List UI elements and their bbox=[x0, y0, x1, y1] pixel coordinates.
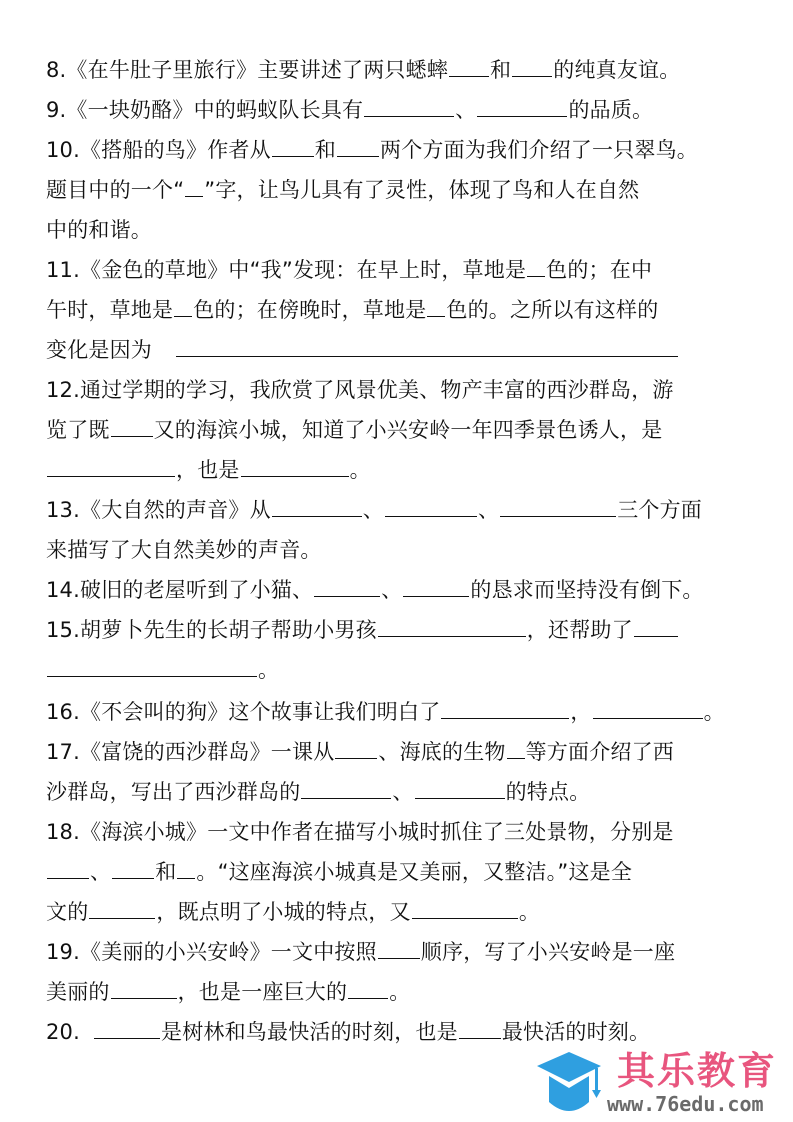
text: 和 bbox=[490, 58, 511, 82]
answer-blank[interactable] bbox=[378, 938, 420, 959]
text: 13.《大自然的声音》从 bbox=[46, 498, 271, 522]
text: 和 bbox=[315, 138, 336, 162]
text: 文的 bbox=[46, 900, 88, 924]
text: 的恳求而坚持没有倒下。 bbox=[470, 578, 703, 602]
text: 20. bbox=[46, 1020, 80, 1044]
logo-name: 其乐教育 bbox=[617, 1040, 777, 1095]
question-17-line-2: 沙群岛，写出了西沙群岛的、的特点。 bbox=[46, 778, 590, 806]
answer-blank[interactable] bbox=[512, 56, 552, 77]
answer-blank[interactable] bbox=[301, 778, 391, 799]
text: 和 bbox=[155, 860, 176, 884]
answer-blank[interactable] bbox=[477, 96, 567, 117]
question-10-line-2: 题目中的一个“”字，让鸟儿具有了灵性，体现了鸟和人在自然 bbox=[46, 176, 639, 204]
text: 、 bbox=[90, 860, 111, 884]
text: 中的和谐。 bbox=[46, 218, 152, 242]
text: 、 bbox=[381, 578, 402, 602]
question-8: 8.《在牛肚子里旅行》主要讲述了两只蟋蟀和的纯真友谊。 bbox=[46, 56, 680, 84]
text: 11.《金色的草地》中“我”发现：在早上时，草地是 bbox=[46, 258, 526, 282]
text: 、 bbox=[363, 498, 384, 522]
text: 15.胡萝卜先生的长胡子帮助小男孩 bbox=[46, 618, 377, 642]
question-19: 19.《美丽的小兴安岭》一文中按照顺序，写了小兴安岭是一座 bbox=[46, 938, 675, 966]
text: 。“这座海滨小城真是又美丽，又整洁。”这是全 bbox=[196, 860, 632, 884]
answer-blank[interactable] bbox=[412, 898, 518, 919]
answer-blank[interactable] bbox=[177, 858, 195, 879]
question-16: 16.《不会叫的狗》这个故事让我们明白了，。 bbox=[46, 698, 725, 726]
question-9: 9.《一块奶酪》中的蚂蚁队长具有、的品质。 bbox=[46, 96, 653, 124]
question-17: 17.《富饶的西沙群岛》一课从、海底的生物等方面介绍了西 bbox=[46, 738, 674, 766]
text: 19.《美丽的小兴安岭》一文中按照 bbox=[46, 940, 377, 964]
answer-blank[interactable] bbox=[185, 176, 203, 197]
watermark-logo: 其乐教育 www.76edu.com bbox=[535, 1040, 785, 1120]
text: 午时，草地是 bbox=[46, 298, 173, 322]
answer-blank[interactable] bbox=[427, 296, 445, 317]
question-14: 14.破旧的老屋听到了小猫、、的恳求而坚持没有倒下。 bbox=[46, 576, 704, 604]
text: 两个方面为我们介绍了一只翠鸟。 bbox=[380, 138, 698, 162]
question-10-line-3: 中的和谐。 bbox=[46, 216, 152, 244]
text: 顺序，写了小兴安岭是一座 bbox=[421, 940, 675, 964]
text: 的特点。 bbox=[506, 780, 591, 804]
answer-blank[interactable] bbox=[459, 1018, 501, 1039]
text: 18.《海滨小城》一文中作者在描写小城时抓住了三处景物，分别是 bbox=[46, 820, 674, 844]
answer-blank[interactable] bbox=[500, 496, 616, 517]
answer-blank[interactable] bbox=[385, 496, 477, 517]
text: 沙群岛，写出了西沙群岛的 bbox=[46, 780, 300, 804]
answer-blank[interactable] bbox=[47, 656, 257, 677]
answer-blank[interactable] bbox=[337, 136, 379, 157]
graduation-cap-icon bbox=[535, 1044, 615, 1116]
question-13-line-2: 来描写了大自然美妙的声音。 bbox=[46, 536, 322, 564]
question-18-line-2: 、和。“这座海滨小城真是又美丽，又整洁。”这是全 bbox=[46, 858, 632, 886]
text: 等方面介绍了西 bbox=[526, 740, 674, 764]
answer-blank[interactable] bbox=[174, 296, 192, 317]
answer-blank[interactable] bbox=[634, 616, 678, 637]
answer-blank[interactable] bbox=[314, 576, 380, 597]
text: 又的海滨小城，知道了小兴安岭一年四季景色诱人，是 bbox=[154, 418, 663, 442]
text: 色的；在中 bbox=[546, 258, 652, 282]
text: 的品质。 bbox=[568, 98, 653, 122]
text: 美丽的 bbox=[46, 980, 110, 1004]
text: ，也是一座巨大的 bbox=[178, 980, 348, 1004]
answer-blank[interactable] bbox=[241, 456, 349, 477]
question-18-line-3: 文的，既点明了小城的特点，又。 bbox=[46, 898, 540, 926]
text: ，既点明了小城的特点，又 bbox=[156, 900, 410, 924]
text: 17.《富饶的西沙群岛》一课从 bbox=[46, 740, 334, 764]
question-10: 10.《搭船的鸟》作者从和两个方面为我们介绍了一只翠鸟。 bbox=[46, 136, 698, 164]
text: 8.《在牛肚子里旅行》主要讲述了两只蟋蟀 bbox=[46, 58, 448, 82]
question-18: 18.《海滨小城》一文中作者在描写小城时抓住了三处景物，分别是 bbox=[46, 818, 674, 846]
question-15: 15.胡萝卜先生的长胡子帮助小男孩，还帮助了 bbox=[46, 616, 679, 644]
answer-blank[interactable] bbox=[378, 616, 526, 637]
answer-blank[interactable] bbox=[403, 576, 469, 597]
text: 、 bbox=[392, 780, 413, 804]
text: 变化是因为 bbox=[46, 338, 152, 362]
text: 。 bbox=[350, 458, 371, 482]
text: 。 bbox=[258, 658, 279, 682]
worksheet-page: 8.《在牛肚子里旅行》主要讲述了两只蟋蟀和的纯真友谊。 9.《一块奶酪》中的蚂蚁… bbox=[0, 0, 793, 1122]
answer-blank[interactable] bbox=[176, 336, 678, 357]
question-12-line-2: 览了既又的海滨小城，知道了小兴安岭一年四季景色诱人，是 bbox=[46, 416, 662, 444]
text: 14.破旧的老屋听到了小猫、 bbox=[46, 578, 313, 602]
question-15-line-2: 。 bbox=[46, 656, 279, 684]
text: 12.通过学期的学习，我欣赏了风景优美、物产丰富的西沙群岛，游 bbox=[46, 378, 674, 402]
answer-blank[interactable] bbox=[47, 456, 175, 477]
question-11: 11.《金色的草地》中“我”发现：在早上时，草地是色的；在中 bbox=[46, 256, 652, 284]
question-11-line-2: 午时，草地是色的；在傍晚时，草地是色的。之所以有这样的 bbox=[46, 296, 658, 324]
text: 题目中的一个“ bbox=[46, 178, 184, 202]
question-12-line-3: ，也是。 bbox=[46, 456, 371, 484]
answer-blank[interactable] bbox=[111, 978, 177, 999]
answer-blank[interactable] bbox=[111, 416, 153, 437]
answer-blank[interactable] bbox=[272, 136, 314, 157]
question-19-line-2: 美丽的，也是一座巨大的。 bbox=[46, 978, 410, 1006]
answer-blank[interactable] bbox=[94, 1018, 160, 1039]
question-13: 13.《大自然的声音》从、、三个方面 bbox=[46, 496, 702, 524]
text: 、 bbox=[455, 98, 476, 122]
answer-blank[interactable] bbox=[415, 778, 505, 799]
answer-blank[interactable] bbox=[507, 738, 525, 759]
answer-blank[interactable] bbox=[441, 698, 569, 719]
answer-blank[interactable] bbox=[593, 698, 703, 719]
text: 、海底的生物 bbox=[378, 740, 505, 764]
answer-blank[interactable] bbox=[335, 738, 377, 759]
text: ，也是 bbox=[176, 458, 240, 482]
answer-blank[interactable] bbox=[47, 858, 89, 879]
answer-blank[interactable] bbox=[112, 858, 154, 879]
text: 10.《搭船的鸟》作者从 bbox=[46, 138, 271, 162]
text: 。 bbox=[389, 980, 410, 1004]
text: ，还帮助了 bbox=[527, 618, 633, 642]
answer-blank[interactable] bbox=[449, 56, 489, 77]
text: 览了既 bbox=[46, 418, 110, 442]
text: 16.《不会叫的狗》这个故事让我们明白了 bbox=[46, 700, 440, 724]
answer-blank[interactable] bbox=[348, 978, 388, 999]
text: 色的；在傍晚时，草地是 bbox=[193, 298, 426, 322]
text: ”字，让鸟儿具有了灵性，体现了鸟和人在自然 bbox=[204, 178, 639, 202]
text: 9.《一块奶酪》中的蚂蚁队长具有 bbox=[46, 98, 363, 122]
answer-blank[interactable] bbox=[527, 256, 545, 277]
question-11-line-3: 变化是因为 bbox=[46, 336, 679, 364]
text: 色的。之所以有这样的 bbox=[446, 298, 658, 322]
text: 是树林和鸟最快活的时刻，也是 bbox=[161, 1020, 458, 1044]
text: 。 bbox=[519, 900, 540, 924]
text: 的纯真友谊。 bbox=[553, 58, 680, 82]
text: 。 bbox=[704, 700, 725, 724]
text: 、 bbox=[478, 498, 499, 522]
question-12: 12.通过学期的学习，我欣赏了风景优美、物产丰富的西沙群岛，游 bbox=[46, 376, 674, 404]
answer-blank[interactable] bbox=[272, 496, 362, 517]
logo-url: www.76edu.com bbox=[607, 1092, 764, 1116]
answer-blank[interactable] bbox=[89, 898, 155, 919]
text: ， bbox=[570, 700, 591, 724]
answer-blank[interactable] bbox=[364, 96, 454, 117]
text: 三个方面 bbox=[617, 498, 702, 522]
text: 来描写了大自然美妙的声音。 bbox=[46, 538, 322, 562]
